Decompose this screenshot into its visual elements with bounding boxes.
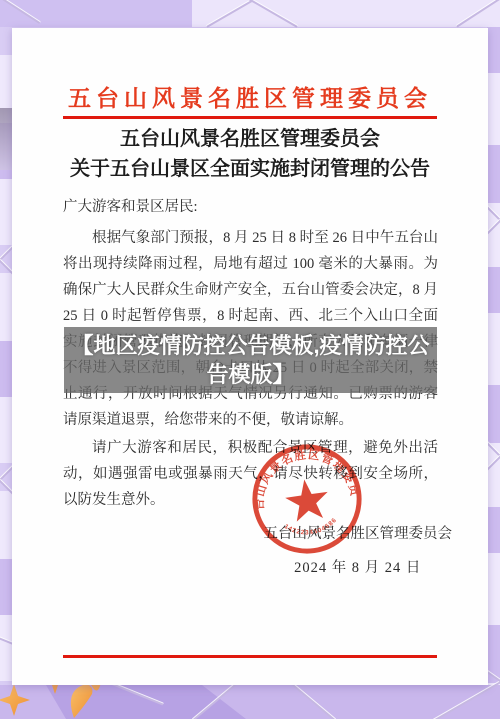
svg-text:1422234304686: 1422234304686 (282, 516, 340, 540)
four-point-star-small (0, 684, 30, 716)
seal-star-icon (283, 477, 331, 523)
letterhead-title: 五台山风景名胜区管理委员会 (12, 80, 488, 113)
document-title: 五台山风景名胜区管理委员会 关于五台山景区全面实施封闭管理的公告 (32, 124, 468, 184)
page: 五台山风景名胜区管理委员会 五台山风景名胜区管理委员会 关于五台山景区全面实施封… (0, 0, 500, 719)
official-seal: 五台山风景名胜区管理委员会 1422234304686 (240, 432, 373, 565)
background-band-top-right (192, 0, 500, 27)
footer-divider (63, 655, 437, 658)
seal-number: 1422234304686 (282, 516, 340, 540)
swoosh-petal-b (71, 684, 93, 718)
document-title-line2: 关于五台山景区全面实施封闭管理的公告 (32, 154, 468, 184)
document-title-line1: 五台山风景名胜区管理委员会 (32, 124, 468, 154)
salutation: 广大游客和景区居民: (63, 194, 438, 220)
background-smoke-left (0, 108, 12, 170)
watermark-banner: 【地区疫情防控公告模板,疫情防控公告模版】 (64, 327, 437, 393)
background-band-top-left (0, 0, 192, 27)
background-strip-right (487, 27, 500, 685)
letterhead-divider (63, 116, 437, 119)
